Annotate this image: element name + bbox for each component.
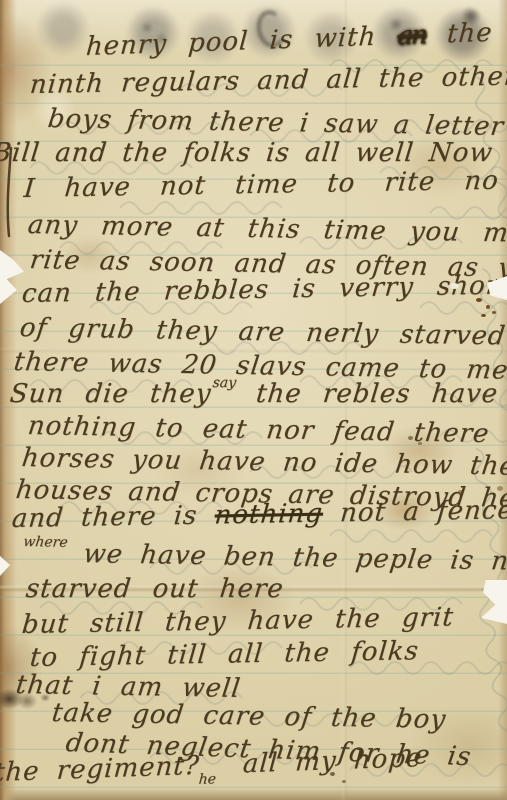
line-text: and there is [11,500,216,534]
letter-line: starved out here [25,576,285,602]
letter-line: ninth regulars and all the others [29,63,507,98]
ink-speck [342,780,346,783]
letter-line: take god care of the boy [50,700,447,733]
letter-line: Bill and the folks is all well Now [0,140,494,166]
ink-speck [492,311,496,314]
line-text: not a fence [322,495,507,528]
letter-line: but still they have the grit [21,604,455,638]
line-text: Sun die they [8,379,213,409]
interlined-word-above: say [212,375,237,391]
torn-edge [450,283,459,289]
line-text: the [425,18,494,50]
interlined-word-below: he [198,771,216,788]
struck-out-word: nothing [213,499,324,531]
struck-out-word: an [397,20,427,51]
line-text: all my hope [242,743,423,779]
letter-line: nothing to eat nor fead there [26,413,491,447]
letter-line: I have not time to rite no [23,168,500,202]
ink-speck [486,305,490,309]
line-text: the rebles have [233,379,499,409]
smudge-mark [34,2,92,56]
interlined-word-above: where [22,534,68,551]
ink-speck [481,314,486,317]
letter-line: to fight till all the folks [29,638,420,671]
line-text: Bill and the folks is all well Now [0,138,494,168]
line-text: starved out here [24,574,285,604]
letter-page: { "page": { "kind": "scanned handwritten… [0,0,507,800]
letter-line: that i am well [14,672,242,702]
letter-line: Sun die theysay the rebles have [9,381,500,407]
